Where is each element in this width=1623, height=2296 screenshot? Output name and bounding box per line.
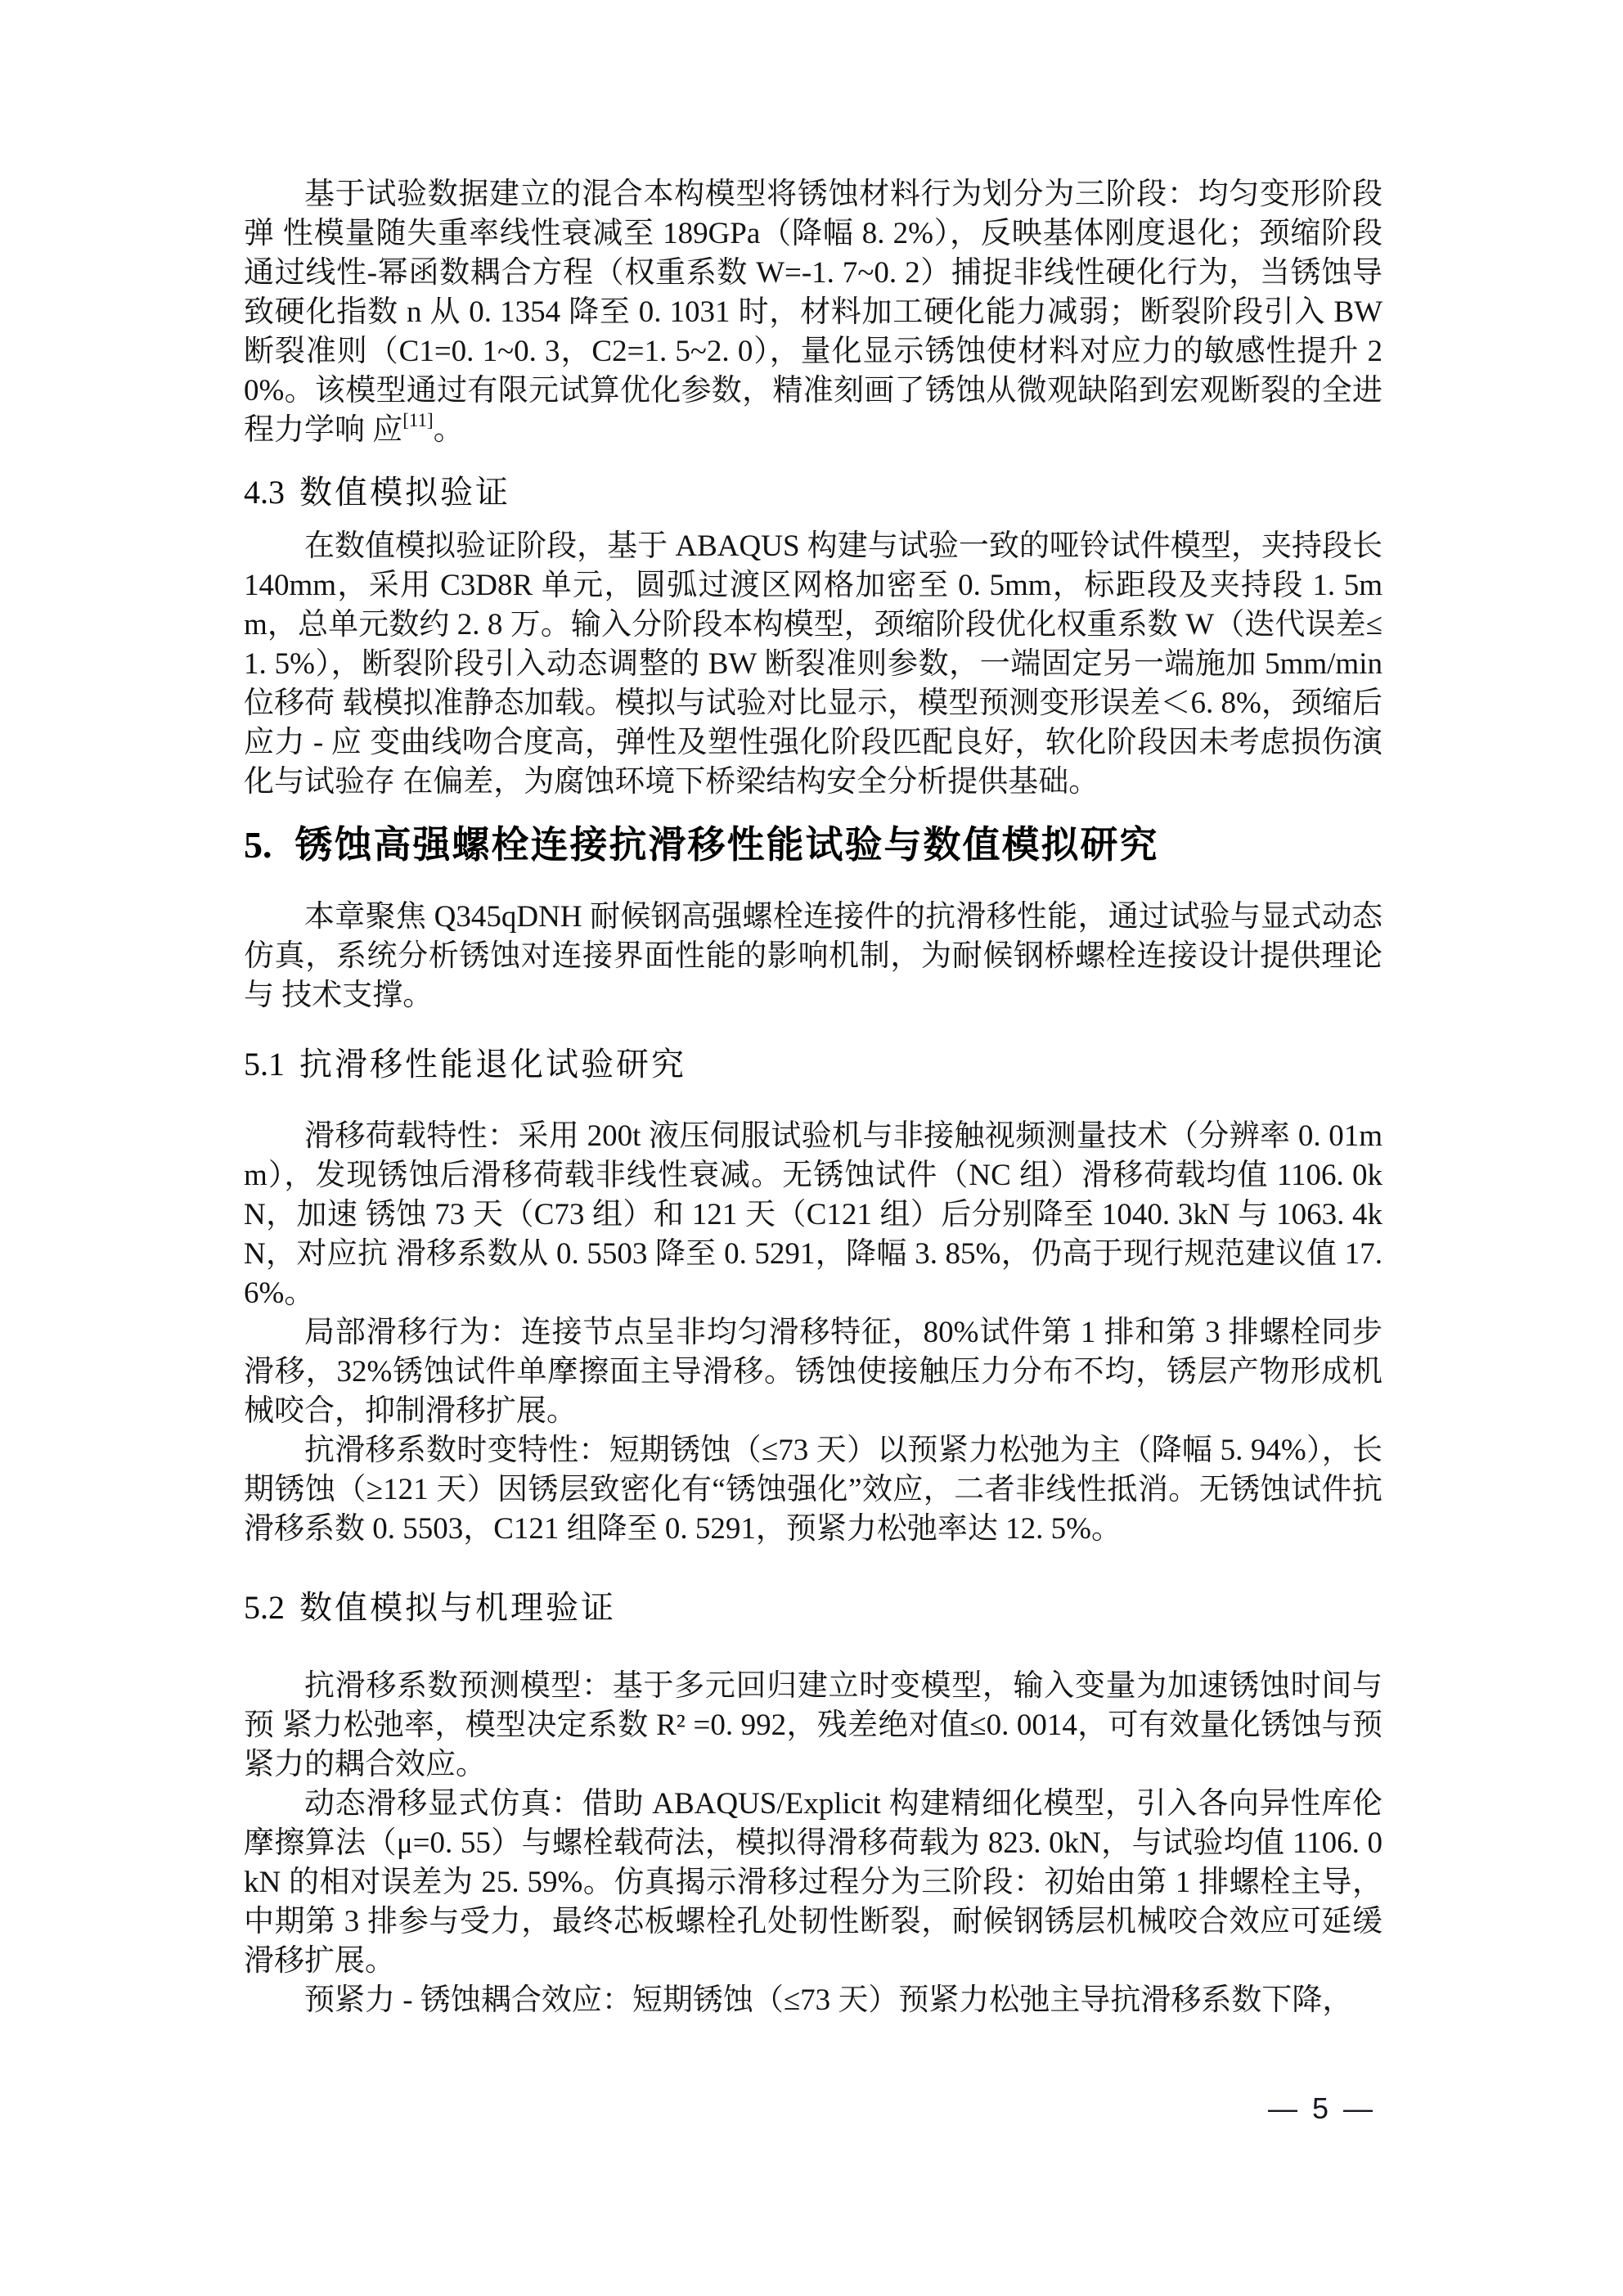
paragraph-constitutive-model: 基于试验数据建立的混合本构模型将锈蚀材料行为划分为三阶段：均匀变形阶段弹 性模量… [244,175,1382,450]
page-number: — 5 — [1268,2091,1376,2126]
heading-5-1-title: 抗滑移性能退化试验研究 [299,1047,686,1083]
heading-4-3-title: 数值模拟验证 [299,475,510,511]
paragraph-explicit-simulation: 动态滑移显式仿真：借助 ABAQUS/Explicit 构建精细化模型，引入各向… [244,1785,1382,1981]
paragraph-prediction-model: 抗滑移系数预测模型：基于多元回归建立时变模型，输入变量为加速锈蚀时间与预 紧力松… [244,1667,1382,1785]
document-page: 基于试验数据建立的混合本构模型将锈蚀材料行为划分为三阶段：均匀变形阶段弹 性模量… [0,0,1623,2296]
heading-5-1-number: 5.1 [244,1046,285,1083]
heading-5-2-number: 5.2 [244,1589,285,1626]
paragraph-fem-verification: 在数值模拟验证阶段，基于 ABAQUS 构建与试验一致的哑铃试件模型，夹持段长 … [244,527,1382,802]
paragraph-local-slip: 局部滑移行为：连接节点呈非均匀滑移特征，80%试件第 1 排和第 3 排螺栓同步… [244,1313,1382,1431]
heading-chapter-5-number: 5. [244,824,272,866]
heading-4-3-number: 4.3 [244,474,285,511]
paragraph-slip-coefficient-time: 抗滑移系数时变特性：短期锈蚀（≤73 天）以预紧力松弛为主（降幅 5. 94%）… [244,1431,1382,1549]
heading-4-3: 4.3数值模拟验证 [244,473,1382,512]
paragraph-text: 基于试验数据建立的混合本构模型将锈蚀材料行为划分为三阶段：均匀变形阶段弹 性模量… [244,178,1382,447]
heading-5-2-title: 数值模拟与机理验证 [299,1590,616,1626]
citation-ref-11: [11] [402,410,433,430]
paragraph-slip-load: 滑移荷载特性：采用 200t 液压伺服试验机与非接触视频测量技术（分辨率 0. … [244,1117,1382,1313]
paragraph-pretension-coupling: 预紧力 - 锈蚀耦合效应：短期锈蚀（≤73 天）预紧力松弛主导抗滑移系数下降， [244,1981,1382,2020]
heading-5-2: 5.2数值模拟与机理验证 [244,1588,1382,1627]
heading-chapter-5-title: 锈蚀高强螺栓连接抗滑移性能试验与数值模拟研究 [295,823,1159,866]
paragraph-chapter5-intro: 本章聚焦 Q345qDNH 耐候钢高强螺栓连接件的抗滑移性能，通过试验与显式动态… [244,898,1382,1015]
page-content: 基于试验数据建立的混合本构模型将锈蚀材料行为划分为三阶段：均匀变形阶段弹 性模量… [244,175,1382,2020]
heading-5-1: 5.1抗滑移性能退化试验研究 [244,1045,1382,1084]
paragraph-end-punctuation: 。 [434,413,464,447]
heading-chapter-5: 5.锈蚀高强螺栓连接抗滑移性能试验与数值模拟研究 [244,822,1382,868]
